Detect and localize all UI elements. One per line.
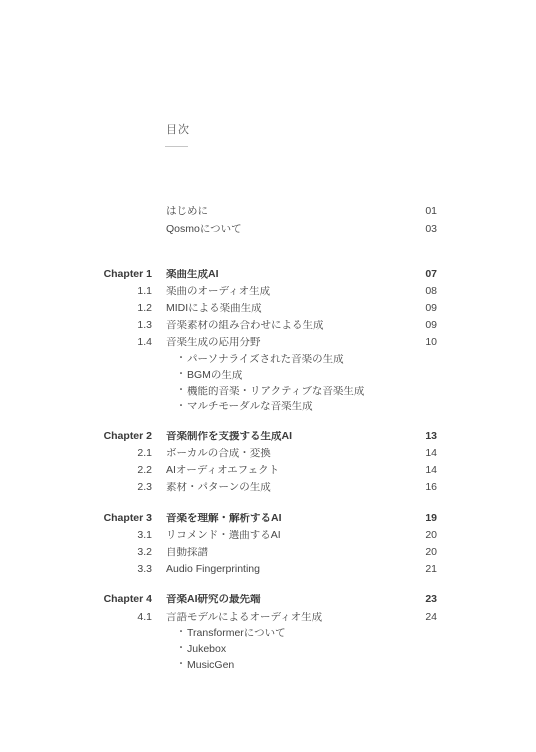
entry-title: 音楽を理解・解析するAI: [166, 513, 419, 524]
toc-bullet-item: ・機能的音楽・リアクティブな音楽生成: [0, 383, 437, 399]
entry-number: 2.3: [0, 482, 152, 493]
toc-entry: 3.3Audio Fingerprinting21: [0, 561, 437, 578]
entry-title: ・Jukebox: [166, 644, 419, 655]
entry-page: 07: [419, 269, 437, 280]
entry-page: 09: [419, 320, 437, 331]
entry-title: 楽曲のオーディオ生成: [166, 286, 419, 297]
entry-page: 21: [419, 564, 437, 575]
toc-chapter: Chapter 3音楽を理解・解析するAI193.1リコメンド・選曲するAI20…: [0, 509, 437, 578]
bullet-marker-icon: ・: [176, 370, 186, 380]
entry-number: 1.2: [0, 303, 152, 314]
entry-page: 14: [419, 465, 437, 476]
entry-page: 08: [419, 286, 437, 297]
entry-number: 1.3: [0, 320, 152, 331]
entry-number: 4.1: [0, 612, 152, 623]
entry-page: 24: [419, 612, 437, 623]
toc-entry: はじめに01: [0, 203, 437, 220]
document-page: 目次 はじめに01Qosmoについて03Chapter 1楽曲生成AI071.1…: [0, 0, 536, 752]
page-title: 目次: [166, 121, 190, 137]
bullet-text: BGMの生成: [187, 370, 242, 381]
entry-title: 言語モデルによるオーディオ生成: [166, 612, 419, 623]
entry-title: ・Transformerについて: [166, 628, 419, 639]
toc-bullet-item: ・Jukebox: [0, 641, 437, 657]
toc-chapter-heading: Chapter 1楽曲生成AI07: [0, 265, 437, 282]
entry-number: 3.1: [0, 530, 152, 541]
entry-title: ・マルチモーダルな音楽生成: [166, 401, 419, 412]
toc-bullet-item: ・パーソナライズされた音楽の生成: [0, 351, 437, 367]
toc-bullet-item: ・Transformerについて: [0, 625, 437, 641]
toc-chapter-heading: Chapter 2音楽制作を支援する生成AI13: [0, 428, 437, 445]
bullet-marker-icon: ・: [176, 644, 186, 654]
bullet-marker-icon: ・: [176, 628, 186, 638]
title-underline-divider: [165, 146, 188, 147]
toc-entry: 1.4音楽生成の応用分野10: [0, 334, 437, 351]
toc-entry: 2.1ボーカルの合成・変換14: [0, 445, 437, 462]
toc-entry: 1.1楽曲のオーディオ生成08: [0, 283, 437, 300]
toc-entry: 3.2自動採譜20: [0, 544, 437, 561]
bullet-text: MusicGen: [187, 660, 234, 671]
entry-page: 13: [419, 431, 437, 442]
entry-title: 音楽生成の応用分野: [166, 337, 419, 348]
bullet-marker-icon: ・: [176, 402, 186, 412]
entry-title: 楽曲生成AI: [166, 269, 419, 280]
entry-title: ・MusicGen: [166, 660, 419, 671]
entry-title: 音楽素材の組み合わせによる生成: [166, 320, 419, 331]
entry-number: 2.2: [0, 465, 152, 476]
entry-number: 2.1: [0, 448, 152, 459]
toc-entry: 3.1リコメンド・選曲するAI20: [0, 526, 437, 543]
entry-page: 10: [419, 337, 437, 348]
toc-entry: Qosmoについて03: [0, 220, 437, 237]
toc-bullet-item: ・マルチモーダルな音楽生成: [0, 399, 437, 415]
bullet-text: パーソナライズされた音楽の生成: [187, 354, 344, 365]
toc-chapter: Chapter 2音楽制作を支援する生成AI132.1ボーカルの合成・変換142…: [0, 428, 437, 497]
bullet-marker-icon: ・: [176, 660, 186, 670]
entry-number: 1.4: [0, 337, 152, 348]
entry-number: 3.2: [0, 547, 152, 558]
bullet-text: 機能的音楽・リアクティブな音楽生成: [187, 386, 364, 397]
toc-front-matter: はじめに01Qosmoについて03: [0, 203, 437, 237]
toc-chapter: Chapter 4音楽AI研究の最先端234.1言語モデルによるオーディオ生成2…: [0, 591, 437, 673]
entry-page: 14: [419, 448, 437, 459]
entry-title: リコメンド・選曲するAI: [166, 530, 419, 541]
entry-page: 20: [419, 547, 437, 558]
toc-bullet-item: ・MusicGen: [0, 657, 437, 673]
toc-chapter: Chapter 1楽曲生成AI071.1楽曲のオーディオ生成081.2MIDIに…: [0, 265, 437, 414]
entry-title: 素材・パターンの生成: [166, 482, 419, 493]
entry-title: はじめに: [166, 206, 419, 217]
toc-entry: 2.3素材・パターンの生成16: [0, 479, 437, 496]
toc-entry: 1.3音楽素材の組み合わせによる生成09: [0, 317, 437, 334]
entry-number: Chapter 2: [0, 431, 152, 442]
entry-number: Chapter 4: [0, 594, 152, 605]
entry-number: 1.1: [0, 286, 152, 297]
entry-page: 23: [419, 594, 437, 605]
entry-title: 音楽AI研究の最先端: [166, 594, 419, 605]
toc-list: はじめに01Qosmoについて03Chapter 1楽曲生成AI071.1楽曲の…: [0, 203, 437, 673]
toc-chapter-heading: Chapter 4音楽AI研究の最先端23: [0, 591, 437, 608]
toc-entry: 1.2MIDIによる楽曲生成09: [0, 300, 437, 317]
entry-title: 自動採譜: [166, 547, 419, 558]
toc-entry: 4.1言語モデルによるオーディオ生成24: [0, 608, 437, 625]
bullet-marker-icon: ・: [176, 386, 186, 396]
entry-page: 20: [419, 530, 437, 541]
entry-title: Audio Fingerprinting: [166, 564, 419, 575]
bullet-marker-icon: ・: [176, 354, 186, 364]
toc-bullet-item: ・BGMの生成: [0, 367, 437, 383]
entry-page: 19: [419, 513, 437, 524]
bullet-text: マルチモーダルな音楽生成: [187, 401, 313, 412]
entry-title: AIオーディオエフェクト: [166, 465, 419, 476]
entry-number: Chapter 1: [0, 269, 152, 280]
entry-title: MIDIによる楽曲生成: [166, 303, 419, 314]
entry-page: 16: [419, 482, 437, 493]
entry-title: ・BGMの生成: [166, 370, 419, 381]
bullet-text: Jukebox: [187, 644, 226, 655]
entry-title: 音楽制作を支援する生成AI: [166, 431, 419, 442]
entry-page: 01: [419, 206, 437, 217]
entry-number: 3.3: [0, 564, 152, 575]
entry-page: 09: [419, 303, 437, 314]
bullet-text: Transformerについて: [187, 628, 286, 639]
entry-title: ・パーソナライズされた音楽の生成: [166, 354, 419, 365]
entry-title: Qosmoについて: [166, 224, 419, 235]
toc-chapter-heading: Chapter 3音楽を理解・解析するAI19: [0, 509, 437, 526]
entry-title: ・機能的音楽・リアクティブな音楽生成: [166, 386, 419, 397]
entry-number: Chapter 3: [0, 513, 152, 524]
entry-title: ボーカルの合成・変換: [166, 448, 419, 459]
entry-page: 03: [419, 224, 437, 235]
toc-entry: 2.2AIオーディオエフェクト14: [0, 462, 437, 479]
